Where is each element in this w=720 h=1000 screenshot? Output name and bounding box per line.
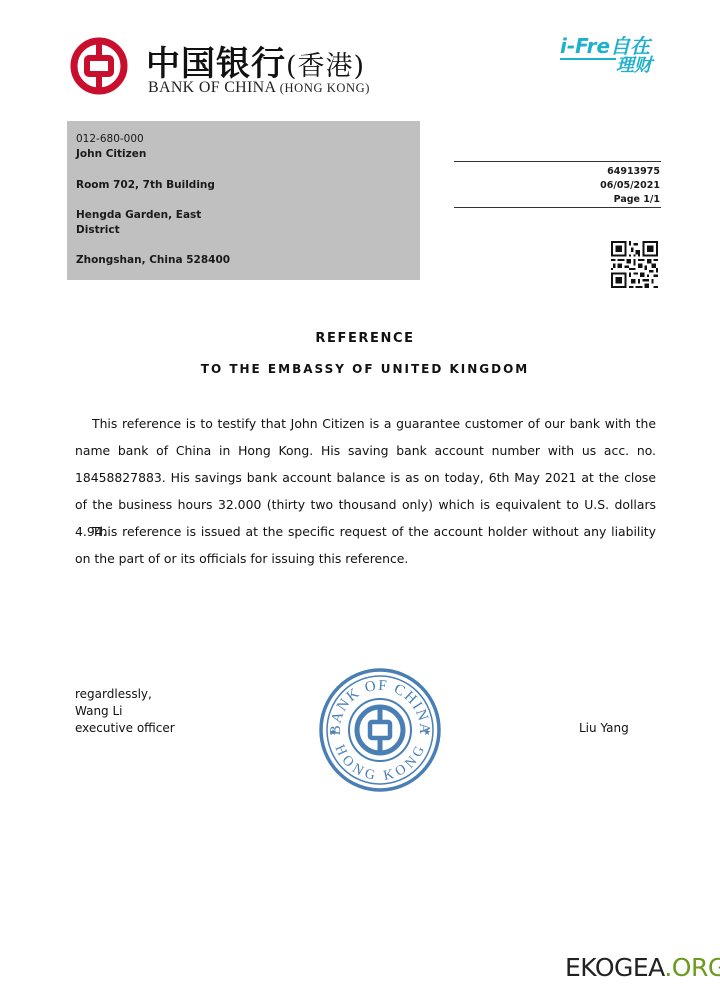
recipient-address-line4: Zhongshan, China 528400 (76, 254, 230, 266)
ifree-latin: i-Fre (560, 34, 610, 58)
qr-code-icon (611, 241, 658, 288)
meta-top-divider (454, 161, 661, 162)
recipient-address-block: 012-680-000 John Citizen Room 702, 7th B… (67, 121, 420, 280)
signer-title: executive officer (75, 720, 175, 737)
stamp-star-left-icon: ★ (329, 727, 337, 737)
document-subtitle: TO THE EMBASSY OF UNITED KINGDOM (0, 362, 720, 376)
document-date: 06/05/2021 (600, 180, 660, 191)
ifree-logo: i-Fre自在 理财 (560, 36, 670, 76)
second-signer-name: Liu Yang (579, 720, 629, 737)
bank-stamp-seal: BANK OF CHINA HONG KONG ★ ★ (318, 667, 442, 793)
recipient-address-line3: District (76, 224, 120, 236)
body-paragraph-2: This reference is issued at the specific… (75, 518, 656, 572)
closing-salutation: regardlessly, (75, 686, 152, 703)
watermark: EKOGEA.ORG (565, 953, 720, 982)
document-title: REFERENCE (0, 331, 720, 346)
ifree-underline (560, 58, 616, 60)
recipient-code: 012-680-000 (76, 133, 144, 145)
reference-number: 64913975 (607, 166, 660, 177)
page-indicator: Page 1/1 (614, 194, 660, 205)
recipient-address-line2: Hengda Garden, East (76, 209, 201, 221)
bank-name-english: BANK OF CHINA (HONG KONG) (148, 79, 370, 97)
recipient-name: John Citizen (76, 148, 146, 160)
signer-name: Wang Li (75, 703, 123, 720)
stamp-star-right-icon: ★ (423, 727, 431, 737)
meta-bottom-divider (454, 207, 661, 208)
recipient-address-line1: Room 702, 7th Building (76, 179, 215, 191)
bank-of-china-logo-icon (70, 37, 128, 95)
bank-name-chinese: 中国银行(香港) (146, 36, 365, 85)
